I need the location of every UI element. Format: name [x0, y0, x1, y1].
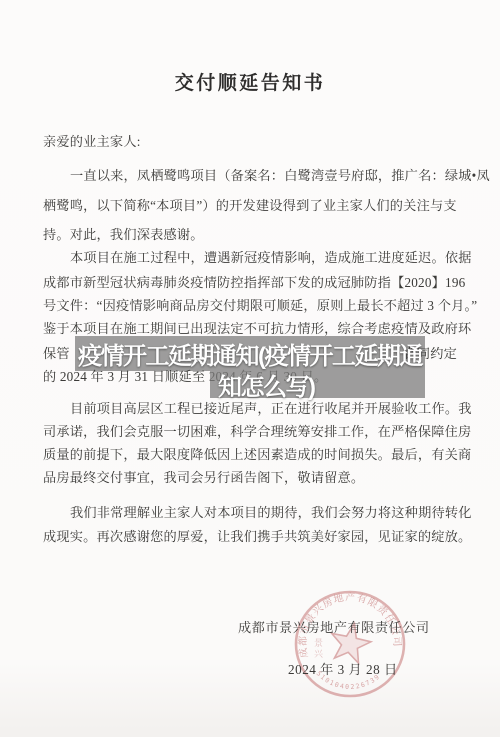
- line-text: 亲爱的业主家人:: [43, 134, 141, 149]
- line-text: 号文件：“因疫情影响商品房交付期限可顺延，原则上最长不超过 3 个月。”: [43, 298, 477, 313]
- line-text: 本项目在施工过程中，遭遇新冠疫情影响，造成施工进度延迟。依据: [70, 250, 472, 265]
- document-photo: 交付顺延告知书 亲爱的业主家人:一直以来，凤栖鹭鸣项目（备案名：白鹭湾壹号府邸，…: [0, 0, 500, 737]
- line-text: 持。对此，我们深表感谢。: [43, 227, 204, 242]
- line-text: 目前项目高层区工程已接近尾声，正在进行收尾并开展验收工作。我: [70, 401, 472, 416]
- document-line: 一直以来，凤栖鹭鸣项目（备案名：白鹭湾壹号府邸，推广名：绿城•凤: [43, 165, 457, 183]
- document-line: 司承诺，我们会克服一切困难，科学合理统筹安排工作，在严格保障住房: [43, 421, 457, 439]
- company-seal: 成都市景兴房地产有限责任公司 5101040226739 景兴: [288, 586, 413, 704]
- seal-inner-text: 景兴: [313, 638, 324, 660]
- line-text: 栖鹭鸣，以下简称“本项目”）的开发建设得到了业主家人们的关注与支: [43, 198, 457, 213]
- document-title: 交付顺延告知书: [0, 68, 500, 95]
- headline-overlay-band-2: 知怎么写): [210, 371, 425, 398]
- signature-company: 成都市景兴房地产有限责任公司: [238, 617, 430, 636]
- signature-date: 2024 年 3 月 28 日: [288, 659, 398, 678]
- document-line: 成都市新型冠状病毒肺炎疫情防控指挥部下发的成冠肺防指【2020】196: [43, 272, 457, 290]
- document-line: 品房最终交付事宜，我司会另行函告阁下，敬请留意。: [43, 467, 457, 485]
- obscured-line-left-fragment: 保管: [43, 343, 70, 361]
- headline-overlay-band-1: 疫情开工延期通知(疫情开工延期通: [75, 336, 425, 371]
- headline-overlay: 疫情开工延期通知(疫情开工延期通 知怎么写): [75, 336, 425, 398]
- line-text: 鉴于本项目在施工期间已出现法定不可抗力情形，综合考虑疫情及政府环: [43, 321, 471, 336]
- line-text: 成现实。再次感谢您的厚爱，让我们携手共筑美好家园，见证家的绽放。: [43, 529, 471, 544]
- headline-overlay-text-line2: 知怎么写): [210, 367, 315, 402]
- document-line: 持。对此，我们深表感谢。: [43, 224, 457, 242]
- document-line: 本项目在施工过程中，遭遇新冠疫情影响，造成施工进度延迟。依据: [43, 247, 457, 265]
- document-line: 质量的前提下，最大限度降低因上述因素造成的时间损失。最后，有关商: [43, 444, 457, 462]
- line-text: 一直以来，凤栖鹭鸣项目（备案名：白鹭湾壹号府邸，推广名：绿城•凤: [70, 168, 490, 183]
- line-text: 质量的前提下，最大限度降低因上述因素造成的时间损失。最后，有关商: [43, 447, 471, 462]
- document-line: 号文件：“因疫情影响商品房交付期限可顺延，原则上最长不超过 3 个月。”: [43, 295, 457, 313]
- document-line: 成现实。再次感谢您的厚爱，让我们携手共筑美好家园，见证家的绽放。: [43, 526, 457, 544]
- document-line: 我们非常理解业主家人对本项目的期待，我们会努力将这种期待转化: [43, 502, 457, 520]
- line-text: 成都市新型冠状病毒肺炎疫情防控指挥部下发的成冠肺防指【2020】196: [43, 275, 465, 290]
- line-text: 品房最终交付事宜，我司会另行函告阁下，敬请留意。: [43, 470, 364, 485]
- document-line: 鉴于本项目在施工期间已出现法定不可抗力情形，综合考虑疫情及政府环: [43, 318, 457, 336]
- line-text: 我们非常理解业主家人对本项目的期待，我们会努力将这种期待转化: [70, 505, 472, 520]
- headline-overlay-text-line1: 疫情开工延期通知(疫情开工延期通: [78, 336, 422, 371]
- document-line: 亲爱的业主家人:: [43, 131, 457, 149]
- line-text: 司承诺，我们会克服一切困难，科学合理统筹安排工作，在严格保障住房: [43, 424, 471, 439]
- document-line: 栖鹭鸣，以下简称“本项目”）的开发建设得到了业主家人们的关注与支: [43, 195, 457, 213]
